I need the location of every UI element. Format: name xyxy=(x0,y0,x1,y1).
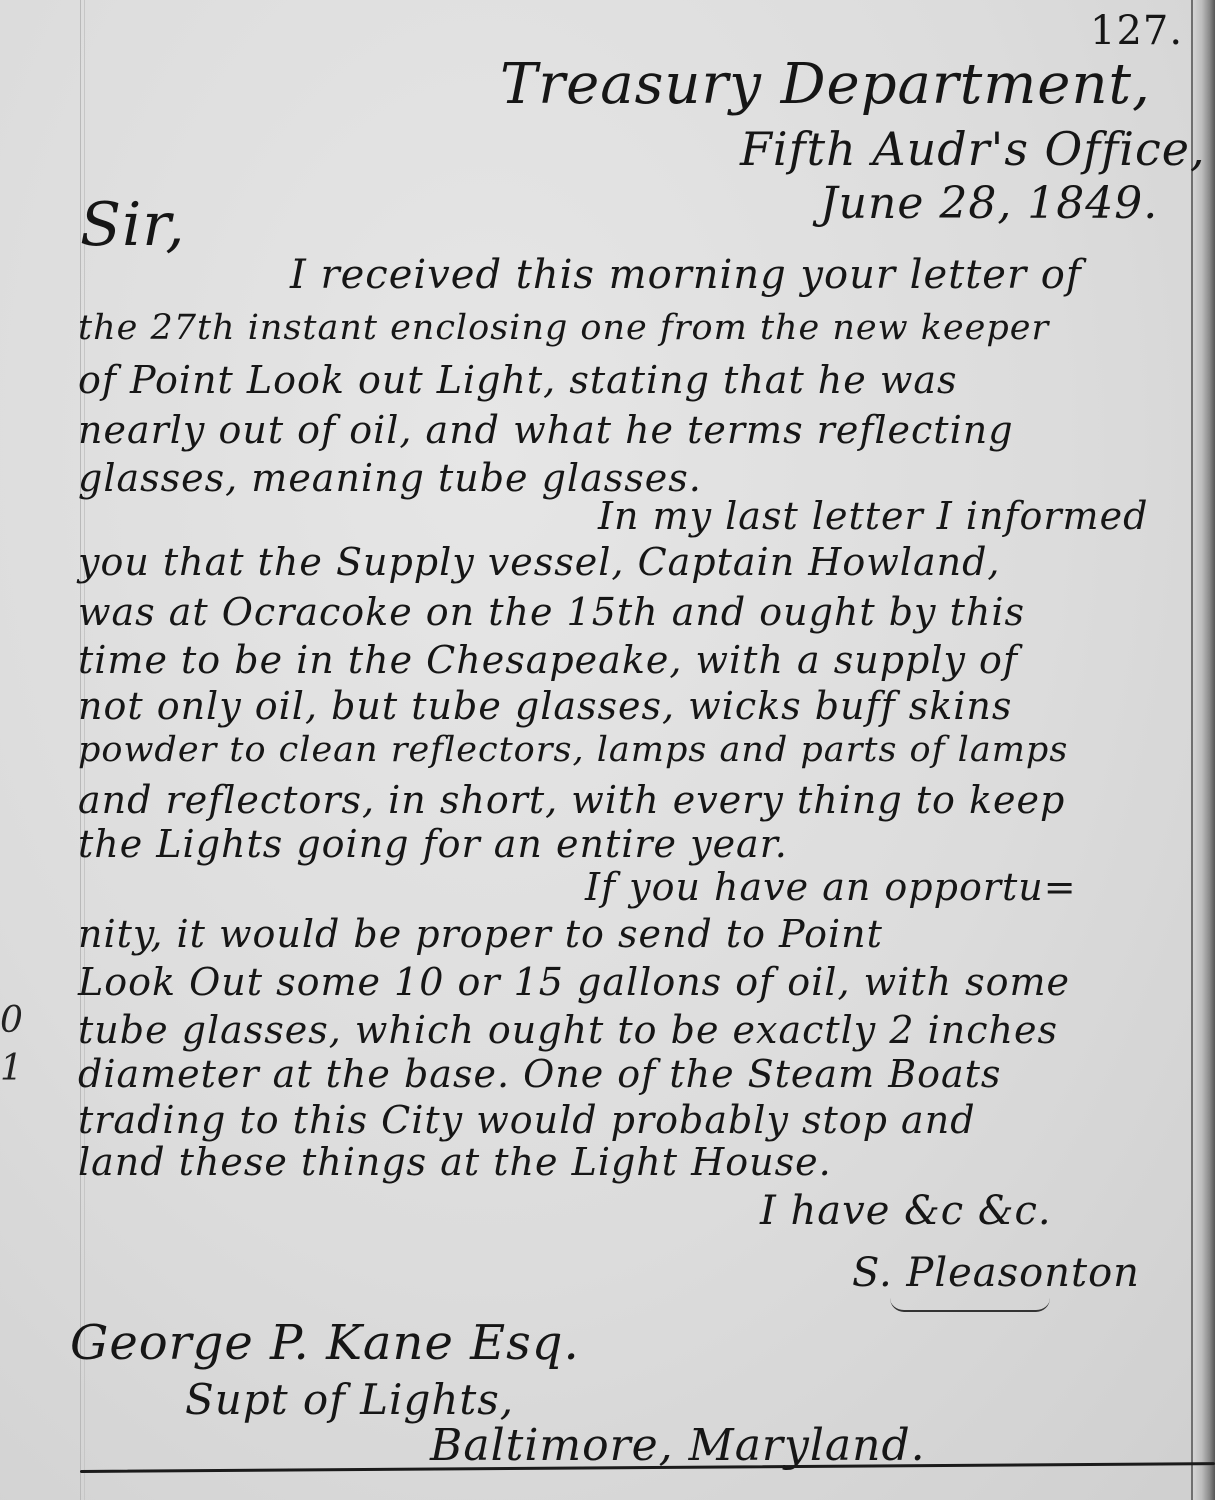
body-line: If you have an opportu= xyxy=(585,865,1077,909)
ledger-page: 127. Treasury Department, Fifth Audr's O… xyxy=(0,0,1215,1500)
body-line: and reflectors, in short, with every thi… xyxy=(78,778,1065,822)
body-line: nity, it would be proper to send to Poin… xyxy=(78,912,883,956)
body-line: In my last letter I informed xyxy=(598,494,1148,538)
body-line: diameter at the base. One of the Steam B… xyxy=(78,1052,1001,1096)
body-line: land these things at the Light House. xyxy=(78,1140,832,1184)
body-line: powder to clean reflectors, lamps and pa… xyxy=(78,730,1068,770)
body-line: of Point Look out Light, stating that he… xyxy=(78,358,958,402)
header-office: Fifth Audr's Office, xyxy=(740,122,1206,176)
body-line: the Lights going for an entire year. xyxy=(78,822,788,866)
body-line: I received this morning your letter of xyxy=(290,252,1082,298)
addressee-name: George P. Kane Esq. xyxy=(70,1315,580,1371)
body-line: Look Out some 10 or 15 gallons of oil, w… xyxy=(78,960,1070,1004)
addressee-location: Baltimore, Maryland. xyxy=(430,1420,926,1471)
margin-note: 0 xyxy=(0,1000,24,1041)
body-line: was at Ocracoke on the 15th and ought by… xyxy=(78,590,1025,634)
body-line: trading to this City would probably stop… xyxy=(78,1098,976,1142)
salutation: Sir, xyxy=(80,190,185,260)
body-line: time to be in the Chesapeake, with a sup… xyxy=(78,638,1018,682)
page-number: 127. xyxy=(1090,8,1183,54)
header-date: June 28, 1849. xyxy=(820,178,1158,229)
body-line: you that the Supply vessel, Captain Howl… xyxy=(78,540,1001,584)
body-line: nearly out of oil, and what he terms ref… xyxy=(78,408,1014,452)
signature-flourish xyxy=(890,1298,1050,1312)
closing: I have &c &c. xyxy=(760,1188,1052,1234)
body-line: not only oil, but tube glasses, wicks bu… xyxy=(78,684,1012,728)
body-line: tube glasses, which ought to be exactly … xyxy=(78,1008,1058,1052)
margin-note: 1 xyxy=(0,1048,24,1089)
header-department: Treasury Department, xyxy=(500,52,1151,117)
body-line: the 27th instant enclosing one from the … xyxy=(78,308,1049,348)
addressee-title: Supt of Lights, xyxy=(185,1375,514,1424)
book-binding-edge xyxy=(1193,0,1215,1500)
signature: S. Pleasonton xyxy=(852,1250,1140,1296)
